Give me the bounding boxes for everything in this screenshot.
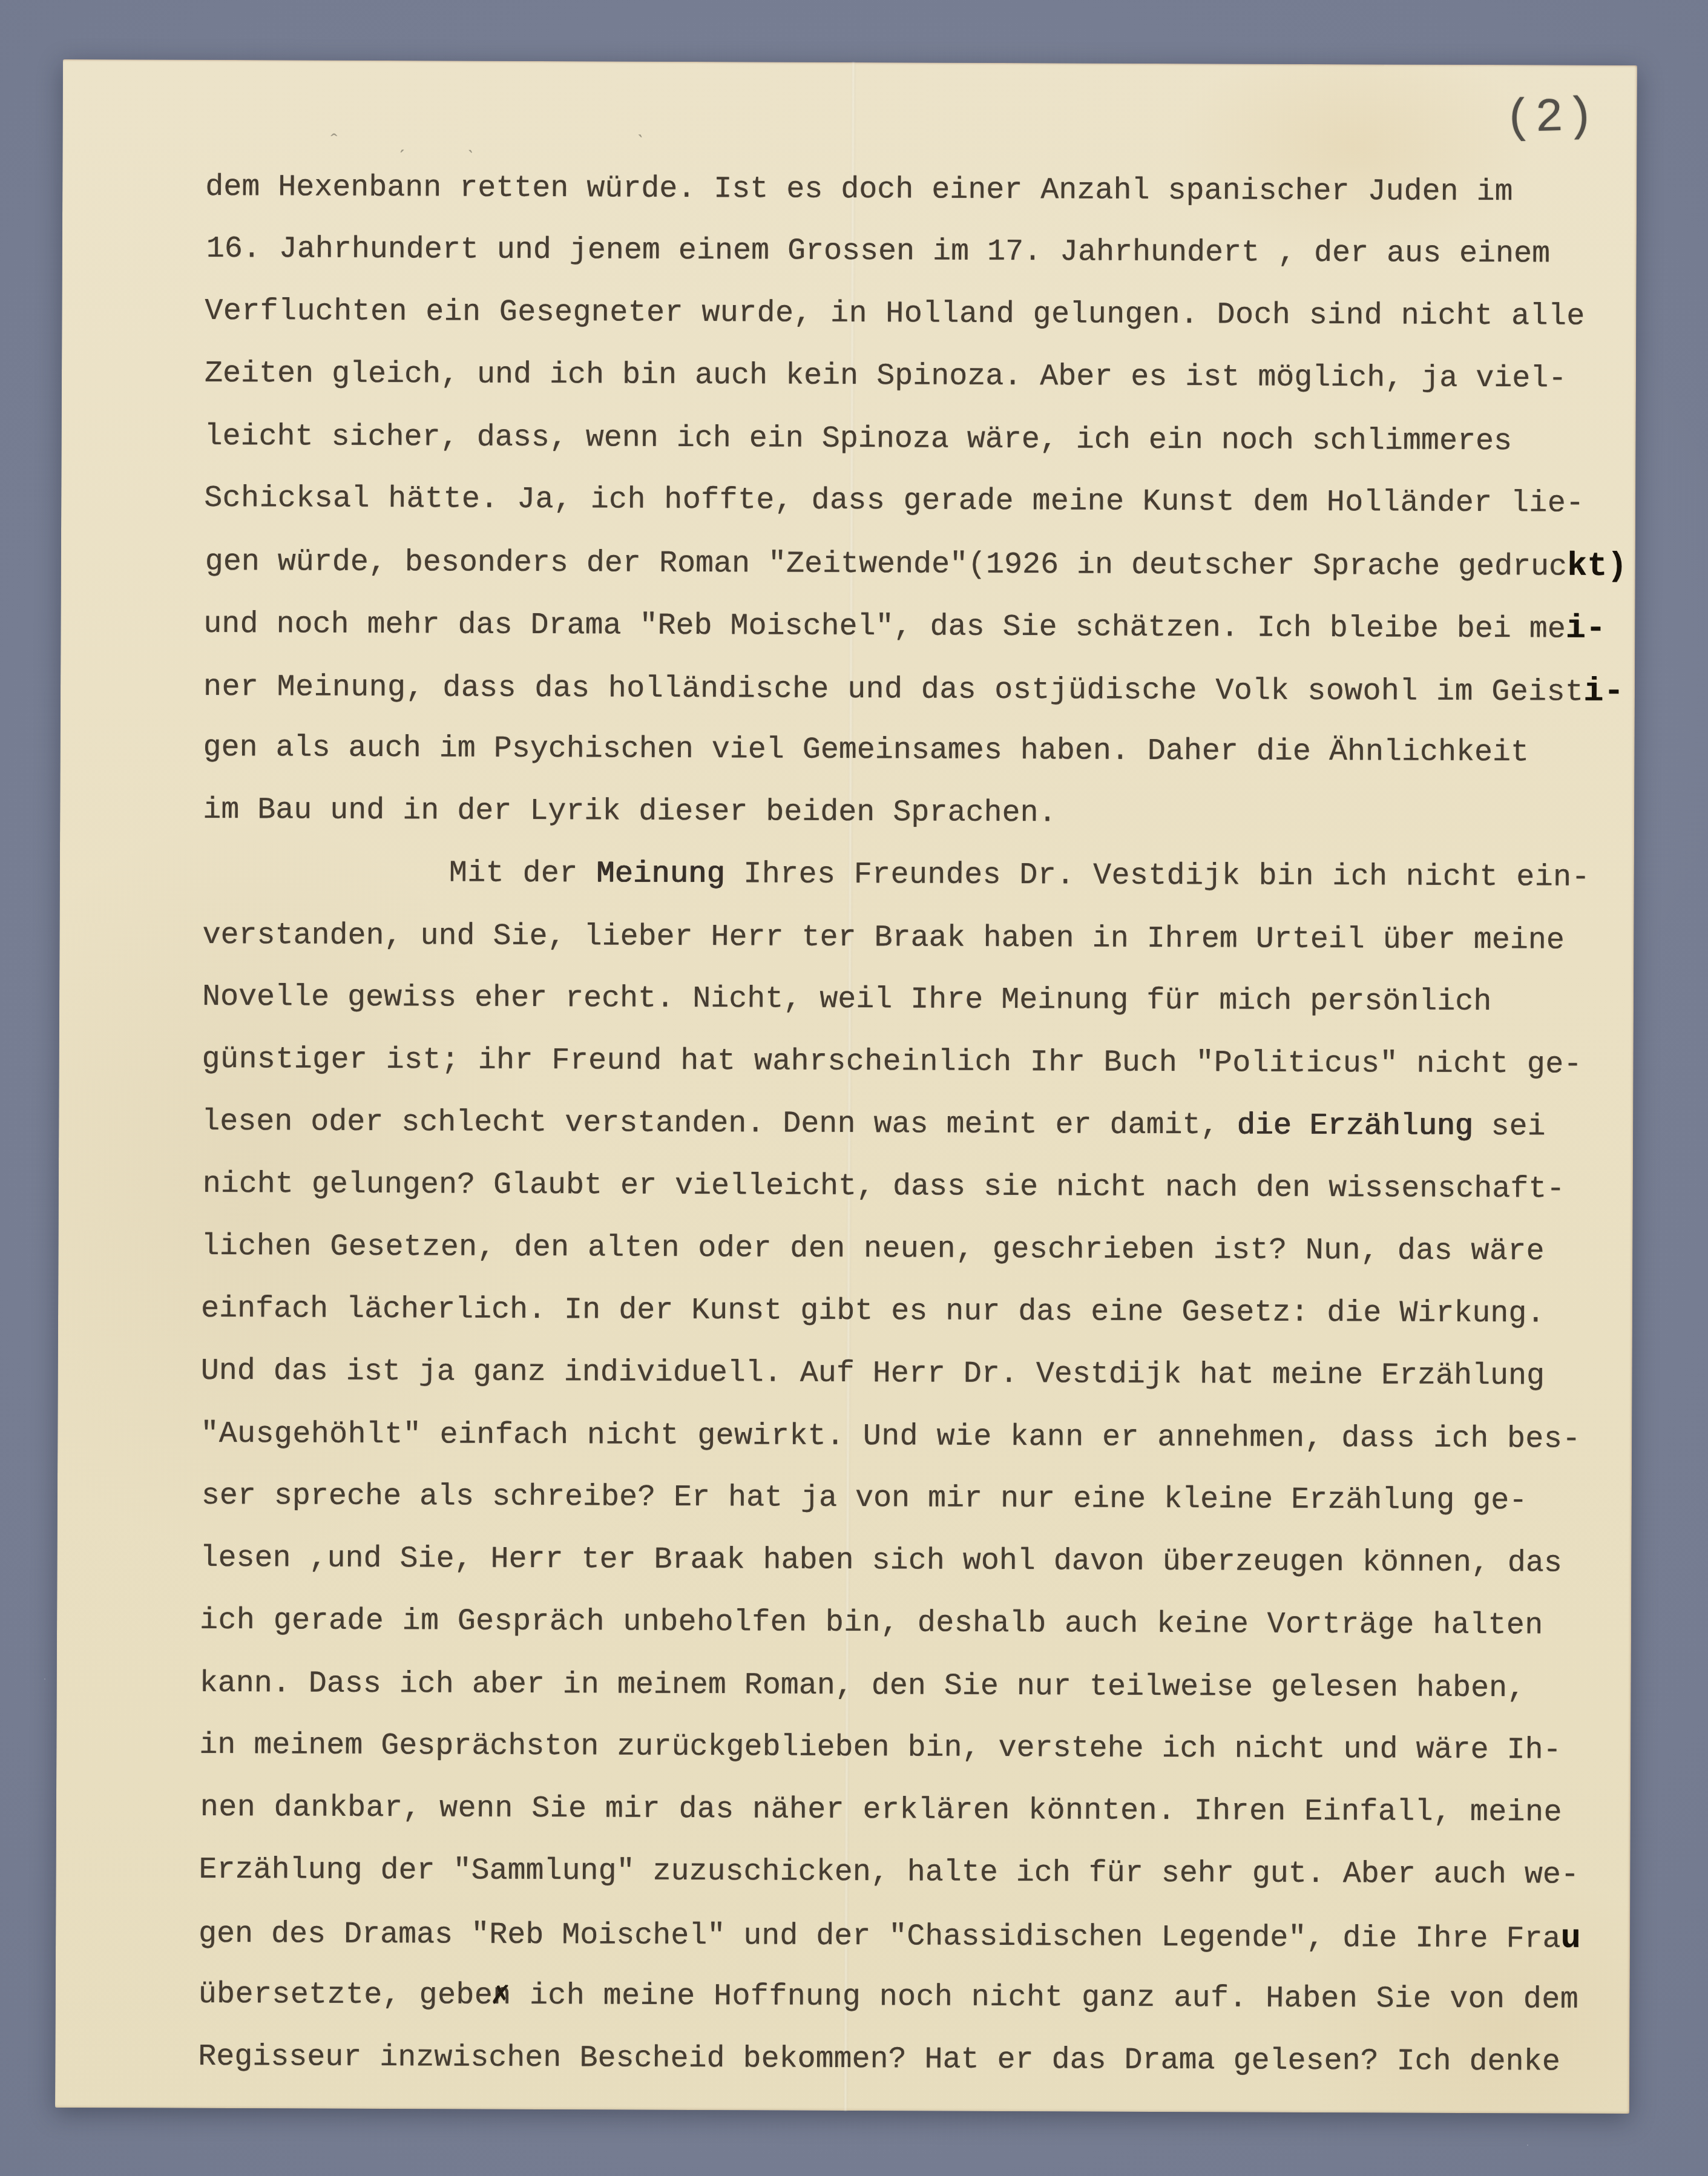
letter-line: kann. Dass ich aber in meinem Roman, den… xyxy=(200,1652,1628,1720)
typed-text: und noch mehr das Drama "Reb Moischel", … xyxy=(203,607,1566,647)
typed-text: Novelle gewiss eher recht. Nicht, weil I… xyxy=(202,980,1492,1019)
stray-pencil-marks: ˆ ˏ ˎ ˋ xyxy=(327,132,669,156)
typed-text: nen dankbar, wenn Sie mir das näher erkl… xyxy=(200,1790,1562,1830)
letter-line: ner Meinung, dass das holländische und d… xyxy=(203,655,1632,723)
typed-text: gen würde, besonders der Roman "Zeitwend… xyxy=(205,545,1568,585)
letter-line: dem Hexenbann retten würde. Ist es doch … xyxy=(205,156,1634,224)
letter-line: Erzählung der "Sammlung" zuzuschicken, h… xyxy=(199,1839,1627,1907)
typed-text: Zeiten gleich, und ich bin auch kein Spi… xyxy=(205,357,1567,396)
typed-text: übersetzte, gebe xyxy=(199,1977,493,2013)
handwritten-correction: u xyxy=(1560,1919,1580,1957)
letter-line: lesen oder schlecht verstanden. Denn was… xyxy=(202,1091,1630,1159)
page-number: (2) xyxy=(1503,90,1597,146)
letter-line: nicht gelungen? Glaubt er vielleicht, da… xyxy=(203,1153,1631,1221)
letter-line: übersetzte, geben ich meine Hoffnung noc… xyxy=(199,1964,1627,2031)
letter-line: günstiger ist; ihr Freund hat wahrschein… xyxy=(202,1028,1630,1096)
typed-text: in meinem Gesprächston zurückgeblieben b… xyxy=(199,1728,1562,1768)
typed-text: lesen oder schlecht verstanden. Denn was… xyxy=(202,1105,1237,1143)
letter-line: lichen Gesetzen, den alten oder den neue… xyxy=(201,1215,1629,1283)
photo-background: ˆ ˏ ˎ ˋ (2) dem Hexenbann retten würde. … xyxy=(0,0,1708,2176)
struck-out-letter: n xyxy=(493,1965,511,2027)
typed-text: 16. Jahrhundert und jenem einem Grossen … xyxy=(206,232,1551,272)
letter-line: Und das ist ja ganz individuell. Auf Her… xyxy=(200,1340,1629,1408)
letter-line: "Ausgehöhlt" einfach nicht gewirkt. Und … xyxy=(200,1403,1629,1471)
typed-text: ich meine Hoffnung noch nicht ganz auf. … xyxy=(511,1979,1579,2017)
letter-line: im Bau und in der Lyrik dieser beiden Sp… xyxy=(203,779,1631,847)
typed-text: im Bau und in der Lyrik dieser beiden Sp… xyxy=(203,793,1056,830)
typed-text: lichen Gesetzen, den alten oder den neue… xyxy=(201,1229,1545,1269)
typed-text: nicht gelungen? Glaubt er vielleicht, da… xyxy=(203,1167,1565,1207)
letter-line: 16. Jahrhundert und jenem einem Grossen … xyxy=(206,218,1635,286)
typed-text: Erzählung der "Sammlung" zuzuschicken, h… xyxy=(199,1853,1579,1893)
letter-line: einfach lächerlich. In der Kunst gibt es… xyxy=(201,1278,1629,1346)
typed-text: Mit der xyxy=(449,856,596,891)
typed-text: Verfluchten ein Gesegneter wurde, in Hol… xyxy=(205,294,1585,334)
typed-text: günstiger ist; ihr Freund hat wahrschein… xyxy=(202,1042,1583,1082)
typed-text: Ihres Freundes Dr. Vestdijk bin ich nich… xyxy=(725,857,1590,895)
letter-line: Novelle gewiss eher recht. Nicht, weil I… xyxy=(202,966,1631,1034)
letter-line: gen würde, besonders der Roman "Zeitwend… xyxy=(205,530,1634,597)
typed-text: gen als auch im Psychischen viel Gemeins… xyxy=(203,731,1529,770)
handwritten-correction: i- xyxy=(1583,672,1624,711)
letter-line: Zeiten gleich, und ich bin auch kein Spi… xyxy=(205,343,1633,410)
typed-text: kann. Dass ich aber in meinem Roman, den… xyxy=(200,1666,1526,1706)
typed-text: einfach lächerlich. In der Kunst gibt es… xyxy=(201,1292,1545,1332)
letter-line: Schicksal hätte. Ja, ich hoffte, dass ge… xyxy=(204,467,1632,535)
typed-text: Und das ist ja ganz individuell. Auf Her… xyxy=(201,1354,1545,1394)
typed-text: ner Meinung, dass das holländische und d… xyxy=(203,670,1584,710)
typed-text: Regisseur inzwischen Bescheid bekommen? … xyxy=(198,2040,1560,2080)
typed-text: leicht sicher, dass, wenn ich ein Spinoz… xyxy=(204,419,1512,459)
typed-text: dem Hexenbann retten würde. Ist es doch … xyxy=(205,170,1513,209)
letter-body: dem Hexenbann retten würde. Ist es doch … xyxy=(198,156,1634,2094)
typed-text: ich gerade im Gespräch unbeholfen bin, d… xyxy=(200,1603,1543,1643)
letter-line: Mit der Meinung Ihres Freundes Dr. Vestd… xyxy=(204,841,1632,909)
letter-line: nen dankbar, wenn Sie mir das näher erkl… xyxy=(200,1777,1629,1844)
typed-text: gen des Dramas "Reb Moischel" und der "C… xyxy=(199,1917,1561,1957)
letter-line: leicht sicher, dass, wenn ich ein Spinoz… xyxy=(204,406,1632,473)
letter-line: lesen ,und Sie, Herr ter Braak haben sic… xyxy=(200,1527,1628,1595)
letter-line: gen als auch im Psychischen viel Gemeins… xyxy=(203,717,1631,784)
typed-text: sei xyxy=(1473,1109,1545,1144)
letter-line: Verfluchten ein Gesegneter wurde, in Hol… xyxy=(205,280,1633,348)
letter-line: Regisseur inzwischen Bescheid bekommen? … xyxy=(198,2026,1626,2094)
letter-line: und noch mehr das Drama "Reb Moischel", … xyxy=(203,592,1632,660)
typed-text: Schicksal hätte. Ja, ich hoffte, dass ge… xyxy=(204,481,1585,521)
typed-text: ser spreche als schreibe? Er hat ja von … xyxy=(202,1479,1528,1518)
letter-line: in meinem Gesprächston zurückgeblieben b… xyxy=(199,1714,1628,1782)
typed-text: lesen ,und Sie, Herr ter Braak haben sic… xyxy=(200,1541,1562,1581)
letter-line: ich gerade im Gespräch unbeholfen bin, d… xyxy=(200,1589,1628,1657)
double-struck-text: Meinung xyxy=(596,856,725,892)
letter-line: gen des Dramas "Reb Moischel" und der "C… xyxy=(199,1902,1627,1970)
typed-text: "Ausgehöhlt" einfach nicht gewirkt. Und … xyxy=(200,1417,1581,1457)
handwritten-correction: kt) xyxy=(1567,547,1627,585)
letter-page: ˆ ˏ ˎ ˋ (2) dem Hexenbann retten würde. … xyxy=(55,59,1637,2114)
double-struck-text: die Erzählung xyxy=(1237,1108,1473,1143)
typed-text: verstanden, und Sie, lieber Herr ter Bra… xyxy=(202,918,1565,958)
letter-line: verstanden, und Sie, lieber Herr ter Bra… xyxy=(202,904,1631,972)
letter-line: ser spreche als schreibe? Er hat ja von … xyxy=(202,1465,1630,1533)
handwritten-correction: i- xyxy=(1566,610,1606,648)
